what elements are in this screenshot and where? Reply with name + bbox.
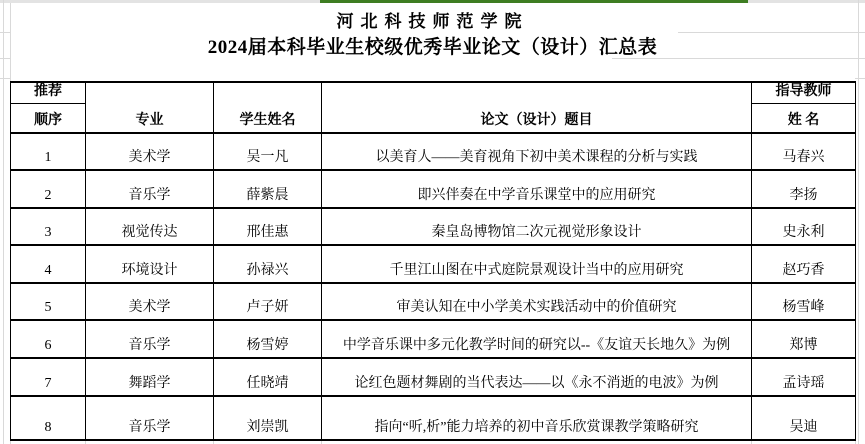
cell-order[interactable]: 3 xyxy=(11,208,86,245)
table-row: 8 音乐学 刘崇凯 指向“听,析”能力培养的初中音乐欣赏课教学策略研究 吴迪 xyxy=(11,396,856,440)
cell-thesis-title[interactable]: 即兴伴奏在中学音乐课堂中的应用研究 xyxy=(322,170,752,208)
cell-student[interactable]: 杨雪婷 xyxy=(214,320,322,358)
cell-thesis-title[interactable]: 秦皇岛博物馆二次元视觉形象设计 xyxy=(322,208,752,245)
cell-advisor[interactable]: 吴迪 xyxy=(752,396,856,440)
cell-advisor[interactable]: 马春兴 xyxy=(752,133,856,170)
cell-order[interactable]: 5 xyxy=(11,283,86,320)
cell-student[interactable]: 孙禄兴 xyxy=(214,245,322,283)
cell-major[interactable]: 音乐学 xyxy=(86,170,214,208)
document-subtitle[interactable]: 2024届本科毕业生校级优秀毕业论文（设计）汇总表 xyxy=(0,32,865,59)
cell-advisor[interactable]: 史永利 xyxy=(752,208,856,245)
cell-order[interactable]: 7 xyxy=(11,358,86,396)
cell-advisor[interactable]: 郑博 xyxy=(752,320,856,358)
cell-student[interactable]: 卢子妍 xyxy=(214,283,322,320)
header-advisor-line2[interactable]: 姓 名 xyxy=(752,104,856,133)
cell-advisor[interactable]: 孟诗瑶 xyxy=(752,358,856,396)
cell-thesis-title[interactable]: 以美育人——美育视角下初中美术课程的分析与实践 xyxy=(322,133,752,170)
header-order-line2[interactable]: 顺序 xyxy=(11,104,86,133)
cell-major[interactable]: 视觉传达 xyxy=(86,208,214,245)
cell-major[interactable]: 舞蹈学 xyxy=(86,358,214,396)
cell-student[interactable]: 吴一凡 xyxy=(214,133,322,170)
cell-major[interactable]: 美术学 xyxy=(86,283,214,320)
header-student-name[interactable]: 学生姓名 xyxy=(214,82,322,133)
cell-student[interactable]: 任晓靖 xyxy=(214,358,322,396)
table-row: 7 舞蹈学 任晓靖 论红色题材舞剧的当代表达——以《永不消逝的电波》为例 孟诗瑶 xyxy=(11,358,856,396)
table-row: 3 视觉传达 邢佳惠 秦皇岛博物馆二次元视觉形象设计 史永利 xyxy=(11,208,856,245)
cell-thesis-title[interactable]: 中学音乐课中多元化教学时间的研究以--《友谊天长地久》为例 xyxy=(322,320,752,358)
cell-thesis-title[interactable]: 指向“听,析”能力培养的初中音乐欣赏课教学策略研究 xyxy=(322,396,752,440)
header-thesis-title[interactable]: 论文（设计）题目 xyxy=(322,82,752,133)
cell-thesis-title[interactable]: 审美认知在中小学美术实践活动中的价值研究 xyxy=(322,283,752,320)
cell-order[interactable]: 1 xyxy=(11,133,86,170)
cell-major[interactable]: 环境设计 xyxy=(86,245,214,283)
selection-border-green xyxy=(320,0,748,3)
header-order-line1[interactable]: 推荐 xyxy=(11,82,86,104)
gridline-vertical-right xyxy=(858,0,859,444)
cell-advisor[interactable]: 李扬 xyxy=(752,170,856,208)
cell-order[interactable]: 8 xyxy=(11,396,86,440)
cell-student[interactable]: 邢佳惠 xyxy=(214,208,322,245)
table-row: 4 环境设计 孙禄兴 千里江山图在中式庭院景观设计当中的应用研究 赵巧香 xyxy=(11,245,856,283)
table-row: 6 音乐学 杨雪婷 中学音乐课中多元化教学时间的研究以--《友谊天长地久》为例 … xyxy=(11,320,856,358)
table-row: 2 音乐学 薛紫晨 即兴伴奏在中学音乐课堂中的应用研究 李扬 xyxy=(11,170,856,208)
cell-major[interactable]: 音乐学 xyxy=(86,396,214,440)
cell-order[interactable]: 2 xyxy=(11,170,86,208)
document-title[interactable]: 河北科技师范学院 xyxy=(0,7,865,32)
header-advisor-line1[interactable]: 指导教师 xyxy=(752,82,856,104)
spreadsheet-page: { "document": { "title": "河北科技师范学院", "su… xyxy=(0,0,865,444)
cell-major[interactable]: 音乐学 xyxy=(86,320,214,358)
gridline-vertical-left xyxy=(3,0,4,444)
cell-thesis-title[interactable]: 论红色题材舞剧的当代表达——以《永不消逝的电波》为例 xyxy=(322,358,752,396)
cell-advisor[interactable]: 赵巧香 xyxy=(752,245,856,283)
cell-order[interactable]: 6 xyxy=(11,320,86,358)
gridline-horizontal xyxy=(855,78,865,79)
cell-major[interactable]: 美术学 xyxy=(86,133,214,170)
cell-thesis-title[interactable]: 千里江山图在中式庭院景观设计当中的应用研究 xyxy=(322,245,752,283)
cell-order[interactable]: 4 xyxy=(11,245,86,283)
thesis-summary-table: 推荐 专业 学生姓名 论文（设计）题目 指导教师 顺序 姓 名 1 美术学 吴一… xyxy=(10,81,856,441)
cell-advisor[interactable]: 杨雪峰 xyxy=(752,283,856,320)
cell-student[interactable]: 刘崇凯 xyxy=(214,396,322,440)
table-row: 5 美术学 卢子妍 审美认知在中小学美术实践活动中的价值研究 杨雪峰 xyxy=(11,283,856,320)
header-major[interactable]: 专业 xyxy=(86,82,214,133)
table-row: 1 美术学 吴一凡 以美育人——美育视角下初中美术课程的分析与实践 马春兴 xyxy=(11,133,856,170)
cell-student[interactable]: 薛紫晨 xyxy=(214,170,322,208)
gridline-horizontal xyxy=(0,78,10,79)
